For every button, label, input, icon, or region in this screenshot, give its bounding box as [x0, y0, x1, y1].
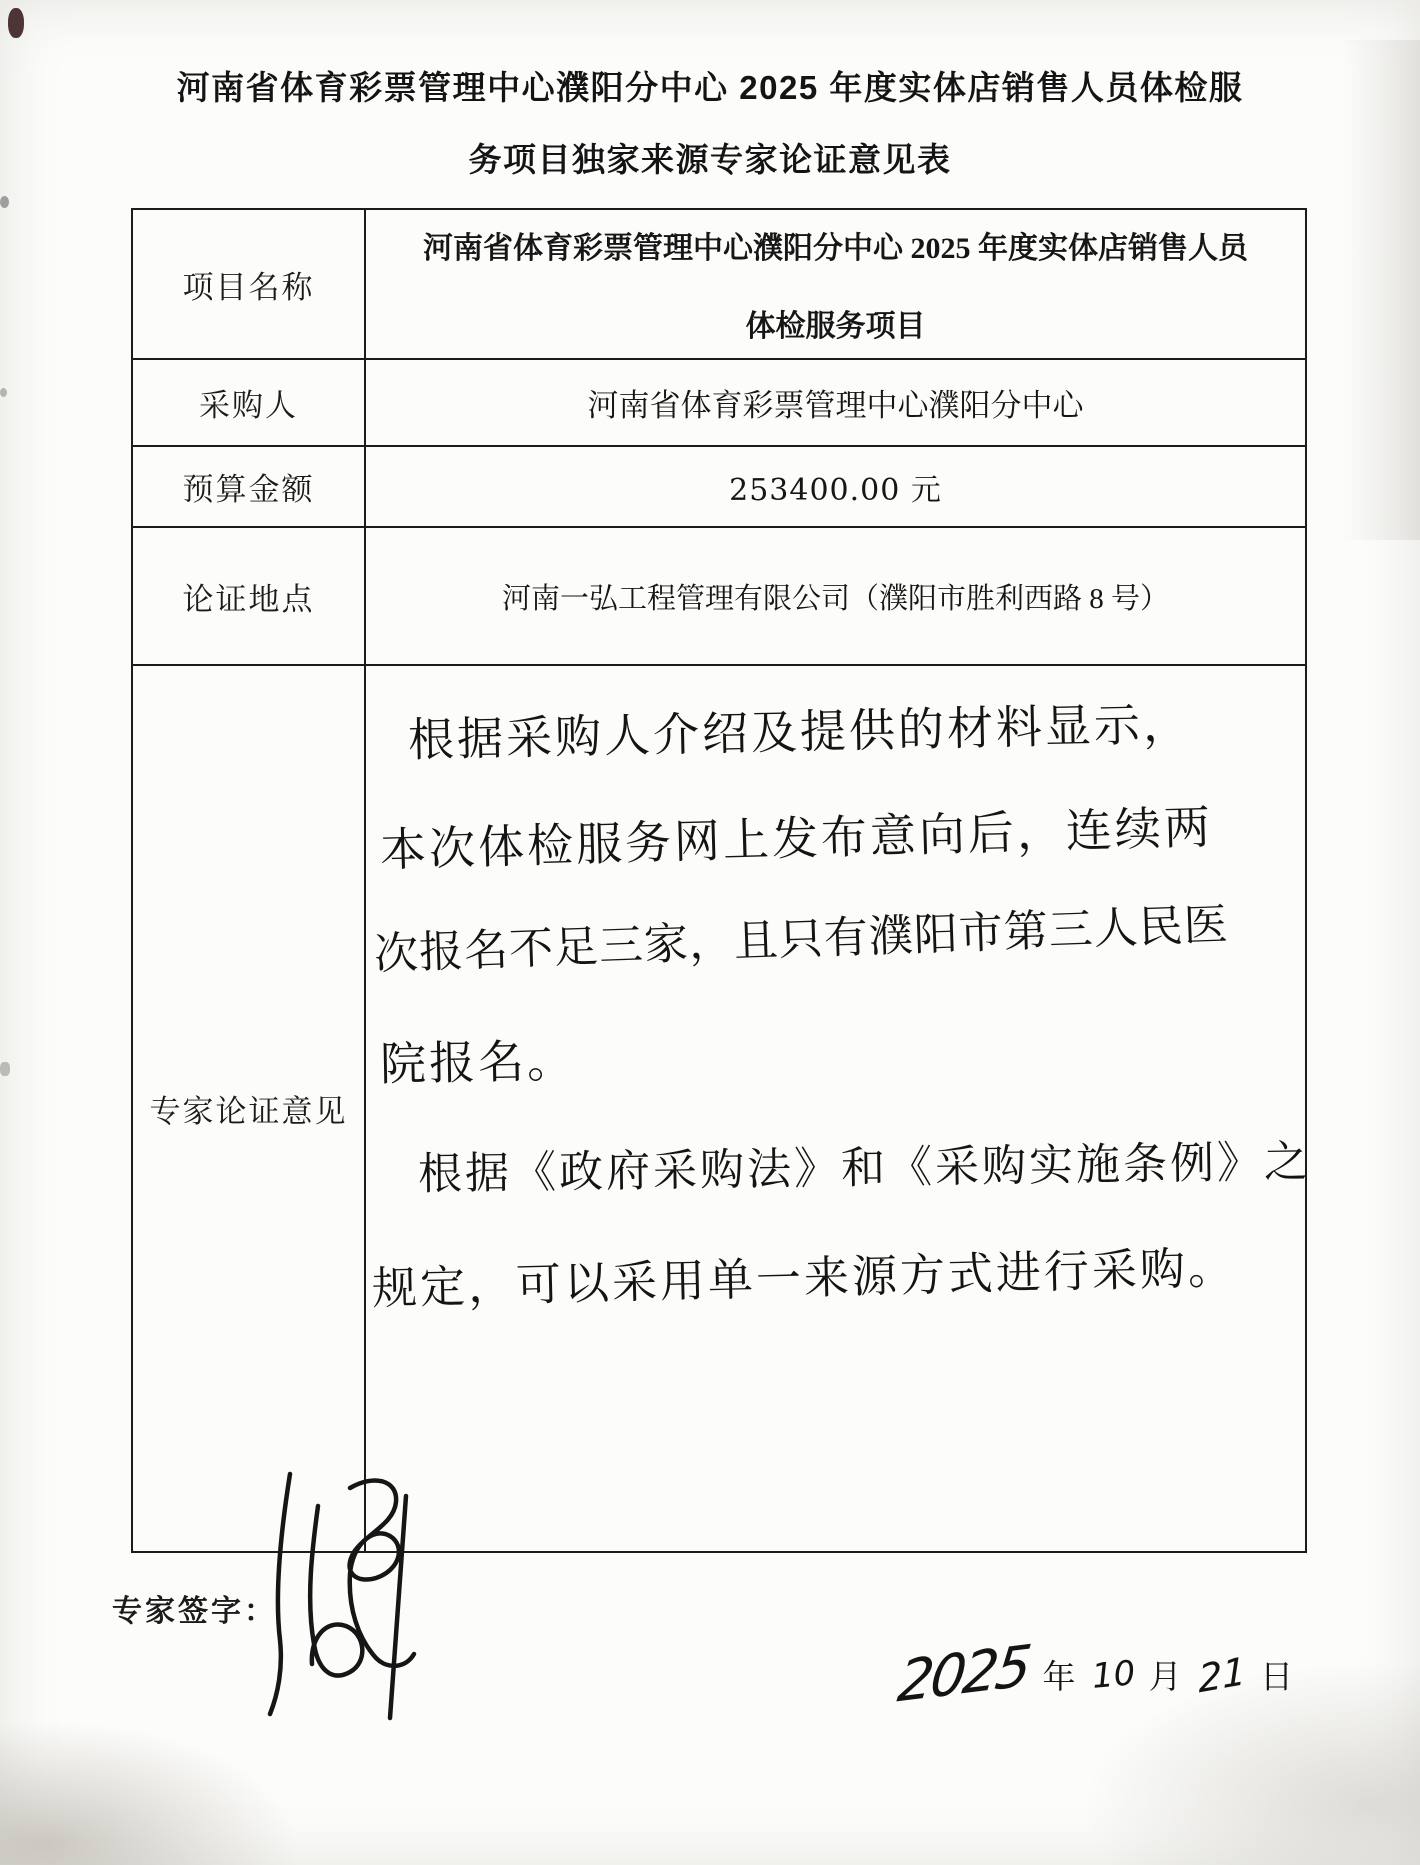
document-title-line-2: 务项目独家来源专家论证意见表 [0, 134, 1420, 181]
scanned-document-page: 河南省体育彩票管理中心濮阳分中心 2025 年度实体店销售人员体检服 务项目独家… [0, 0, 1420, 1865]
review-location-label: 论证地点 [133, 528, 366, 664]
project-name-value-line-2: 体检服务项目 [746, 301, 926, 345]
handwritten-opinion-line-1: 根据采购人介绍及提供的材料显示， [407, 688, 1192, 770]
scan-speck [0, 388, 7, 397]
handwritten-day: 21 [1197, 1648, 1246, 1701]
handwritten-year: 2025 [894, 1633, 1032, 1715]
expert-opinion-handwriting: 根据采购人介绍及提供的材料显示， 本次体检服务网上发布意向后，连续两 次报名不足… [366, 666, 1305, 1551]
table-row-budget: 预算金额 253400.00 元 [133, 447, 1305, 528]
purchaser-label: 采购人 [133, 360, 366, 445]
project-name-label: 项目名称 [133, 210, 366, 358]
table-row-expert-opinion: 专家论证意见 根据采购人介绍及提供的材料显示， 本次体检服务网上发布意向后，连续… [133, 666, 1305, 1551]
table-row-project-name: 项目名称 河南省体育彩票管理中心濮阳分中心 2025 年度实体店销售人员 体检服… [133, 210, 1305, 360]
document-title-line-1: 河南省体育彩票管理中心濮阳分中心 2025 年度实体店销售人员体检服 [0, 62, 1420, 109]
date-month-unit: 月 [1149, 1651, 1184, 1698]
scan-shadow-blotch [0, 1720, 300, 1865]
handwritten-opinion-line-6: 规定，可以采用单一来源方式进行采购。 [371, 1231, 1236, 1317]
handwritten-opinion-line-4: 院报名。 [379, 1025, 576, 1094]
handwritten-opinion-line-3: 次报名不足三家，且只有濮阳市第三人民医 [373, 888, 1230, 982]
review-location-value: 河南一弘工程管理有限公司（濮阳市胜利西路 8 号） [366, 528, 1305, 664]
purchaser-value: 河南省体育彩票管理中心濮阳分中心 [366, 360, 1305, 445]
handwritten-opinion-line-5: 根据《政府采购法》和《采购实施条例》之 [418, 1126, 1312, 1202]
budget-value: 253400.00 元 [366, 447, 1305, 526]
info-table: 项目名称 河南省体育彩票管理中心濮阳分中心 2025 年度实体店销售人员 体检服… [131, 208, 1307, 1553]
handwritten-month: 10 [1090, 1653, 1137, 1697]
project-name-value: 河南省体育彩票管理中心濮阳分中心 2025 年度实体店销售人员 体检服务项目 [366, 210, 1305, 358]
handwritten-opinion-line-2: 本次体检服务网上发布意向后，连续两 [379, 791, 1214, 880]
project-name-value-line-1: 河南省体育彩票管理中心濮阳分中心 2025 年度实体店销售人员 [423, 223, 1248, 267]
budget-label: 预算金额 [133, 447, 366, 526]
table-row-purchaser: 采购人 河南省体育彩票管理中心濮阳分中心 [133, 360, 1305, 447]
scan-speck [8, 8, 24, 38]
scan-speck [0, 1062, 10, 1076]
scan-speck [0, 196, 9, 208]
expert-signature-scrawl [248, 1462, 458, 1732]
handwritten-date: 2025 年 10 月 21 日 [898, 1642, 1295, 1707]
scan-shadow-blotch [1340, 40, 1420, 540]
date-day-unit: 日 [1260, 1651, 1295, 1698]
table-row-review-location: 论证地点 河南一弘工程管理有限公司（濮阳市胜利西路 8 号） [133, 528, 1305, 666]
expert-opinion-label: 专家论证意见 [133, 666, 366, 1551]
date-year-unit: 年 [1043, 1651, 1078, 1698]
